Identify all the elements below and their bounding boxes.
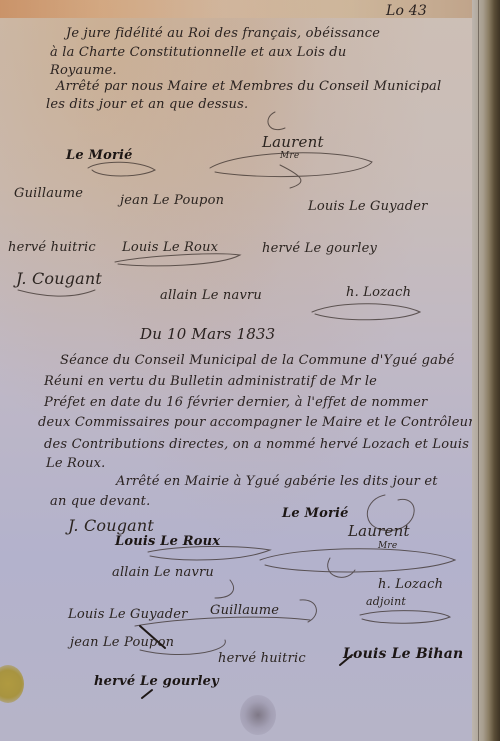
signature-mre-2: Mre <box>378 541 397 551</box>
signature-j-cougant-2: J. Cougant <box>68 516 154 535</box>
session-line-5: des Contributions directes, on a nommé h… <box>44 437 469 452</box>
session-line-6: Le Roux. <box>46 456 106 471</box>
pen-flourishes <box>0 0 500 741</box>
signature-louis-le-roux-2: Louis Le Roux <box>115 534 220 549</box>
session-line-2: Réuni en vertu du Bulletin administratif… <box>44 374 377 389</box>
signature-adjoint: adjoint <box>366 595 406 608</box>
signature-guillaume-2: Guillaume <box>210 603 279 618</box>
signature-h-lozach-2: h. Lozach <box>378 577 443 592</box>
signature-louis-le-guyader-2: Louis Le Guyader <box>68 607 188 622</box>
session-date-heading: Du 10 Mars 1833 <box>140 325 275 343</box>
signature-louis-le-bihan: Louis Le Bihan <box>343 646 463 662</box>
signature-allain-le-navru-2: allain Le navru <box>112 565 214 580</box>
signature-herve-le-gourley-2: hervé Le gourley <box>94 674 219 689</box>
session-line-4: deux Commissaires pour accompagner le Ma… <box>38 415 475 430</box>
session-line-3: Préfet en date du 16 février dernier, à … <box>44 395 427 410</box>
closing-line-1: Arrêté en Mairie à Ygué gabérie les dits… <box>116 474 438 489</box>
signature-le-morie-2: Le Morié <box>282 506 349 521</box>
book-binding-edge <box>472 0 500 741</box>
manuscript-page: Lo 43 Je jure fidélité au Roi des frança… <box>0 0 500 741</box>
signature-laurent-2: Laurent <box>348 522 410 540</box>
binding-line <box>478 0 479 741</box>
signature-herve-huitric-2: hervé huitric <box>218 651 306 666</box>
session-line-1: Séance du Conseil Municipal de la Commun… <box>60 353 455 368</box>
closing-line-2: an que devant. <box>50 494 150 509</box>
signature-jean-le-poupon-2: jean Le Poupon <box>70 635 174 650</box>
